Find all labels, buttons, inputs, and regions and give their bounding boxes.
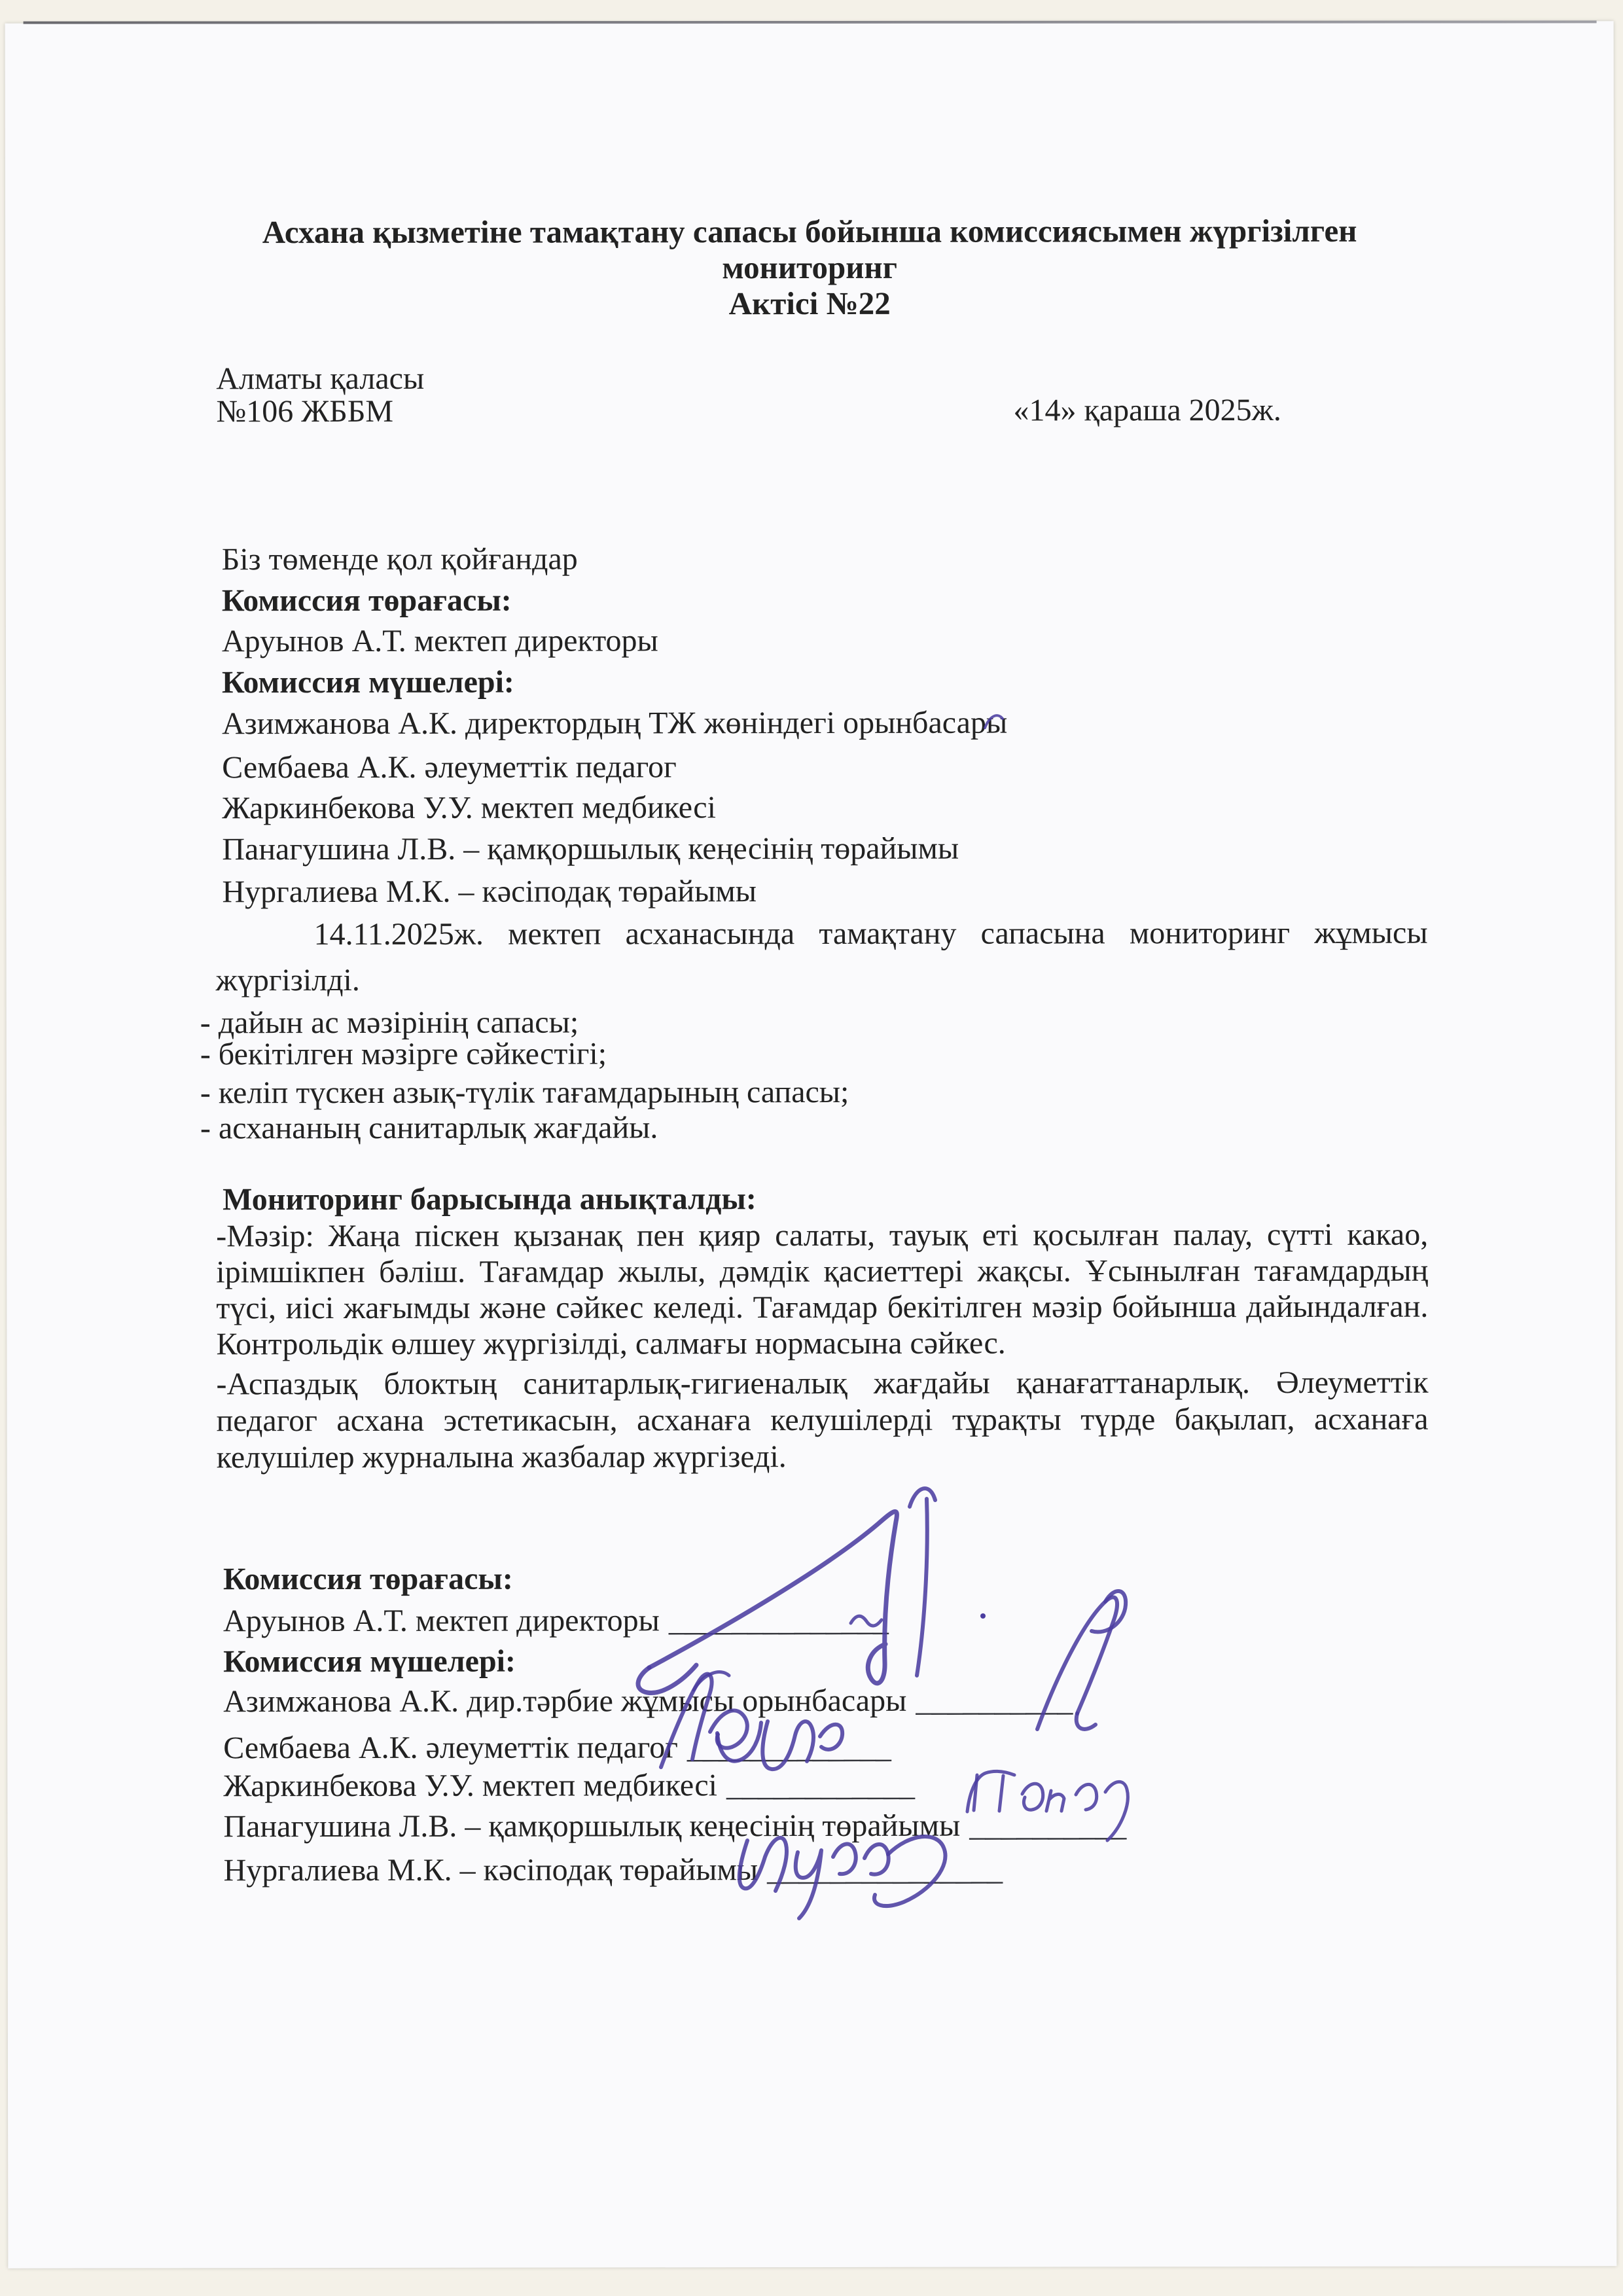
signature-label: Сембаева А.К. әлеуметтік педагог <box>223 1730 678 1765</box>
member-name: Панагушина Л.В. – қамқоршылық кеңесінің … <box>222 831 959 869</box>
title-line-1: Асхана қызметіне тамақтану сапасы бойынш… <box>5 212 1614 250</box>
signature-underscores: ____________ <box>726 1768 915 1803</box>
scan-canvas: { "colors": { "ink": "#4b3da0", "text": … <box>0 0 1623 2296</box>
signature-underscores: _______________ <box>767 1852 1003 1888</box>
monitoring-paragraph: 14.11.2025ж. мектеп асханасында тамақтан… <box>216 910 1428 1004</box>
signature-line-chairman: Аруынов А.Т. мектеп директоры___________… <box>223 1602 889 1640</box>
signature-label: Нургалиева М.К. – кәсіподақ төрайымы <box>224 1852 758 1888</box>
chairman-header: Комиссия төрағасы: <box>222 583 512 620</box>
members-header: Комиссия мүшелері: <box>222 664 514 702</box>
signature-underscores: __________ <box>969 1808 1126 1842</box>
document-title: Асхана қызметіне тамақтану сапасы бойынш… <box>5 212 1614 322</box>
title-line-3: Актісі №22 <box>5 284 1614 322</box>
title-line-2: мониторинг <box>5 248 1614 286</box>
signature-line-member: Сембаева А.К. әлеуметтік педагог________… <box>223 1729 891 1767</box>
signature-members-header: Комиссия мүшелері: <box>223 1643 516 1681</box>
signature-line-member: Нургалиева М.К. – кәсіподақ төрайымы____… <box>224 1852 1003 1890</box>
member-name: Сембаева А.К. әлеуметтік педагог <box>222 749 677 786</box>
signature-underscores: __________ <box>916 1683 1073 1717</box>
findings-header: Мониторинг барысында анықталды: <box>223 1181 757 1218</box>
chairman-name: Аруынов А.Т. мектеп директоры <box>222 622 658 660</box>
signature-underscores: ______________ <box>669 1603 889 1638</box>
paper-top-edge <box>24 20 1597 24</box>
signature-line-member: Азимжанова А.К. дир.тәрбие жұмысы орынба… <box>223 1682 1073 1720</box>
checklist-item: - бекітілген мәзірге сәйкестігі; <box>200 1035 607 1073</box>
signature-line-member: Панагушина Л.В. – қамқоршылық кеңесінің … <box>223 1807 1126 1845</box>
findings-paragraph-2: -Аспаздық блоктың санитарлық-гигиеналық … <box>216 1365 1428 1477</box>
member-name: Нургалиева М.К. – кәсіподақ төрайымы <box>222 873 757 910</box>
checklist-item: - келіп түскен азық-түлік тағамдарының с… <box>200 1074 849 1111</box>
paper-sheet: Асхана қызметіне тамақтану сапасы бойынш… <box>5 21 1617 2268</box>
signature-underscores: _____________ <box>687 1730 891 1765</box>
intro-line: Біз төменде қол қойғандар <box>222 541 578 578</box>
city-label: Алматы қаласы <box>216 361 424 397</box>
signature-label: Жаркинбекова У.У. мектеп медбикесі <box>223 1768 717 1803</box>
checklist-item: - асхананың санитарлық жағдайы. <box>200 1109 658 1147</box>
findings-paragraph-1: -Мәзір: Жаңа піскен қызанақ пен қияр сал… <box>216 1217 1428 1363</box>
signature-line-member: Жаркинбекова У.У. мектеп медбикесі______… <box>223 1767 915 1804</box>
member-name: Азимжанова А.К. директордың ТЖ жөніндегі… <box>222 705 1007 743</box>
signature-label: Панагушина Л.В. – қамқоршылық кеңесінің … <box>223 1808 960 1844</box>
school-label: №106 ЖББМ <box>216 393 393 430</box>
date-label: «14» қараша 2025ж. <box>1013 392 1281 429</box>
member-name: Жаркинбекова У.У. мектеп медбикесі <box>222 789 716 827</box>
signature-label: Азимжанова А.К. дир.тәрбие жұмысы орынба… <box>223 1683 906 1719</box>
signature-label: Аруынов А.Т. мектеп директоры <box>223 1603 660 1638</box>
signature-chairman-header: Комиссия төрағасы: <box>223 1561 513 1598</box>
